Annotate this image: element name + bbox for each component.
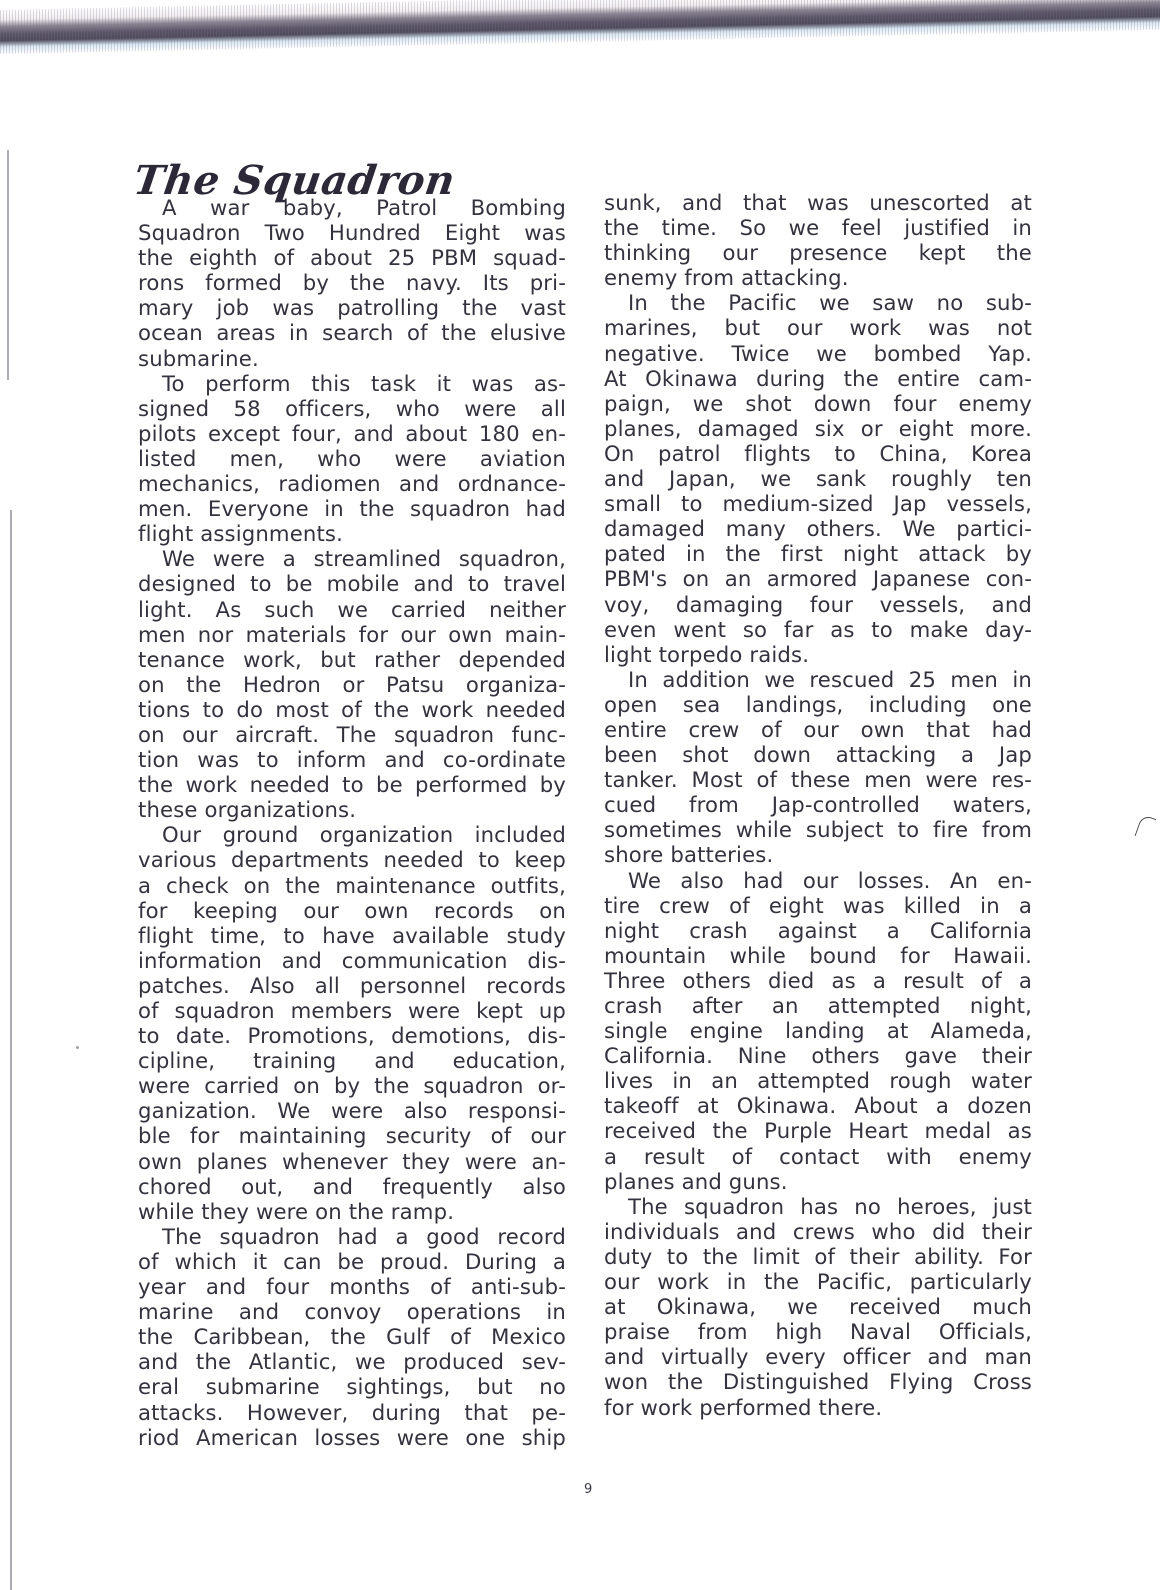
text-line: our work in the Pacific, particularly <box>604 1269 1032 1294</box>
scan-edge-bar <box>0 0 1160 54</box>
text-column-left: A war baby, Patrol BombingSquadron Two H… <box>138 195 566 1450</box>
text-line: On patrol flights to China, Korea <box>604 441 1032 466</box>
text-line: own planes whenever they were an- <box>138 1149 566 1174</box>
text-line: eral submarine sightings, but no <box>138 1374 566 1399</box>
text-line: duty to the limit of their ability. For <box>604 1244 1032 1269</box>
scan-edge-noise <box>0 0 1160 54</box>
text-line: of squadron members were kept up <box>138 998 566 1023</box>
text-line: takeoff at Okinawa. About a dozen <box>604 1093 1032 1118</box>
text-line: voy, damaging four vessels, and <box>604 592 1032 617</box>
text-line: crash after an attempted night, <box>604 993 1032 1018</box>
text-line: PBM's on an armored Japanese con- <box>604 566 1032 591</box>
text-line: single engine landing at Alameda, <box>604 1018 1032 1043</box>
text-column-right: sunk, and that was unescorted atthe time… <box>604 190 1032 1420</box>
text-line: marines, but our work was not <box>604 315 1032 340</box>
text-line: and virtually every officer and man <box>604 1344 1032 1369</box>
text-line: won the Distinguished Flying Cross <box>604 1369 1032 1394</box>
text-line: In the Pacific we saw no sub- <box>604 290 1032 315</box>
text-line: small to medium-sized Jap vessels, <box>604 491 1032 516</box>
text-line: the work needed to be performed by <box>138 772 566 797</box>
text-line: tire crew of eight was killed in a <box>604 893 1032 918</box>
text-line: a check on the maintenance outfits, <box>138 873 566 898</box>
text-line: lives in an attempted rough water <box>604 1068 1032 1093</box>
text-line: rons formed by the navy. Its pri- <box>138 270 566 295</box>
text-line: thinking our presence kept the <box>604 240 1032 265</box>
text-line: light. As such we carried neither <box>138 597 566 622</box>
text-line: In addition we rescued 25 men in <box>604 667 1032 692</box>
text-line: pated in the first night attack by <box>604 541 1032 566</box>
text-line: pilots except four, and about 180 en- <box>138 421 566 446</box>
text-line: to date. Promotions, demotions, dis- <box>138 1023 566 1048</box>
text-line: tion was to inform and co-ordinate <box>138 747 566 772</box>
text-line: men nor materials for our own main- <box>138 622 566 647</box>
text-line: mary job was patrolling the vast <box>138 295 566 320</box>
text-line: A war baby, Patrol Bombing <box>138 195 566 220</box>
page-number: 9 <box>584 1482 592 1497</box>
text-line: We were a streamlined squadron, <box>138 546 566 571</box>
text-line: praise from high Naval Officials, <box>604 1319 1032 1344</box>
text-line: submarine. <box>138 346 566 371</box>
text-line: negative. Twice we bombed Yap. <box>604 341 1032 366</box>
text-line: night crash against a California <box>604 918 1032 943</box>
text-line: mechanics, radiomen and ordnance- <box>138 471 566 496</box>
text-line: the time. So we feel justified in <box>604 215 1032 240</box>
text-line: The squadron has no heroes, just <box>604 1194 1032 1219</box>
text-line: shore batteries. <box>604 842 1032 867</box>
text-line: signed 58 officers, who were all <box>138 396 566 421</box>
text-line: received the Purple Heart medal as <box>604 1118 1032 1143</box>
text-line: tions to do most of the work needed <box>138 697 566 722</box>
text-line: even went so far as to make day- <box>604 617 1032 642</box>
text-line: tenance work, but rather depended <box>138 647 566 672</box>
text-line: flight assignments. <box>138 521 566 546</box>
text-line: sometimes while subject to fire from <box>604 817 1032 842</box>
text-line: and the Atlantic, we produced sev- <box>138 1349 566 1374</box>
text-line: listed men, who were aviation <box>138 446 566 471</box>
text-line: been shot down attacking a Jap <box>604 742 1032 767</box>
text-line: the Caribbean, the Gulf of Mexico <box>138 1324 566 1349</box>
text-line: attacks. However, during that pe- <box>138 1400 566 1425</box>
text-line: To perform this task it was as- <box>138 371 566 396</box>
binding-mark-lower <box>10 510 12 1590</box>
text-line: of which it can be proud. During a <box>138 1249 566 1274</box>
binding-mark-upper <box>7 150 9 380</box>
text-line: open sea landings, including one <box>604 692 1032 717</box>
text-line: Squadron Two Hundred Eight was <box>138 220 566 245</box>
text-line: planes, damaged six or eight more. <box>604 416 1032 441</box>
text-line: Our ground organization included <box>138 822 566 847</box>
text-line: were carried on by the squadron or- <box>138 1073 566 1098</box>
text-line: tanker. Most of these men were res- <box>604 767 1032 792</box>
text-line: damaged many others. We partici- <box>604 516 1032 541</box>
text-line: ocean areas in search of the elusive <box>138 320 566 345</box>
text-line: for work performed there. <box>604 1395 1032 1420</box>
text-line: individuals and crews who did their <box>604 1219 1032 1244</box>
text-line: while they were on the ramp. <box>138 1199 566 1224</box>
text-line: enemy from attacking. <box>604 265 1032 290</box>
text-line: At Okinawa during the entire cam- <box>604 366 1032 391</box>
text-line: year and four months of anti-sub- <box>138 1274 566 1299</box>
text-line: The squadron had a good record <box>138 1224 566 1249</box>
text-line: ganization. We were also responsi- <box>138 1098 566 1123</box>
text-line: men. Everyone in the squadron had <box>138 496 566 521</box>
text-line: cued from Jap-controlled waters, <box>604 792 1032 817</box>
text-line: flight time, to have available study <box>138 923 566 948</box>
text-line: for keeping our own records on <box>138 898 566 923</box>
text-line: chored out, and frequently also <box>138 1174 566 1199</box>
text-line: and Japan, we sank roughly ten <box>604 466 1032 491</box>
text-line: a result of contact with enemy <box>604 1144 1032 1169</box>
text-line: cipline, training and education, <box>138 1048 566 1073</box>
text-line: these organizations. <box>138 797 566 822</box>
text-line: mountain while bound for Hawaii. <box>604 943 1032 968</box>
pencil-mark <box>1135 814 1157 841</box>
scan-speck <box>76 1046 79 1049</box>
text-line: marine and convoy operations in <box>138 1299 566 1324</box>
text-line: various departments needed to keep <box>138 847 566 872</box>
text-line: patches. Also all personnel records <box>138 973 566 998</box>
text-line: information and communication dis- <box>138 948 566 973</box>
text-line: We also had our losses. An en- <box>604 868 1032 893</box>
text-line: the eighth of about 25 PBM squad- <box>138 245 566 270</box>
text-line: on our aircraft. The squadron func- <box>138 722 566 747</box>
text-line: light torpedo raids. <box>604 642 1032 667</box>
text-line: sunk, and that was unescorted at <box>604 190 1032 215</box>
text-line: paign, we shot down four enemy <box>604 391 1032 416</box>
text-line: at Okinawa, we received much <box>604 1294 1032 1319</box>
text-line: on the Hedron or Patsu organiza- <box>138 672 566 697</box>
text-line: Three others died as a result of a <box>604 968 1032 993</box>
text-line: planes and guns. <box>604 1169 1032 1194</box>
text-line: California. Nine others gave their <box>604 1043 1032 1068</box>
text-line: ble for maintaining security of our <box>138 1123 566 1148</box>
text-line: riod American losses were one ship <box>138 1425 566 1450</box>
text-line: entire crew of our own that had <box>604 717 1032 742</box>
text-line: designed to be mobile and to travel <box>138 571 566 596</box>
